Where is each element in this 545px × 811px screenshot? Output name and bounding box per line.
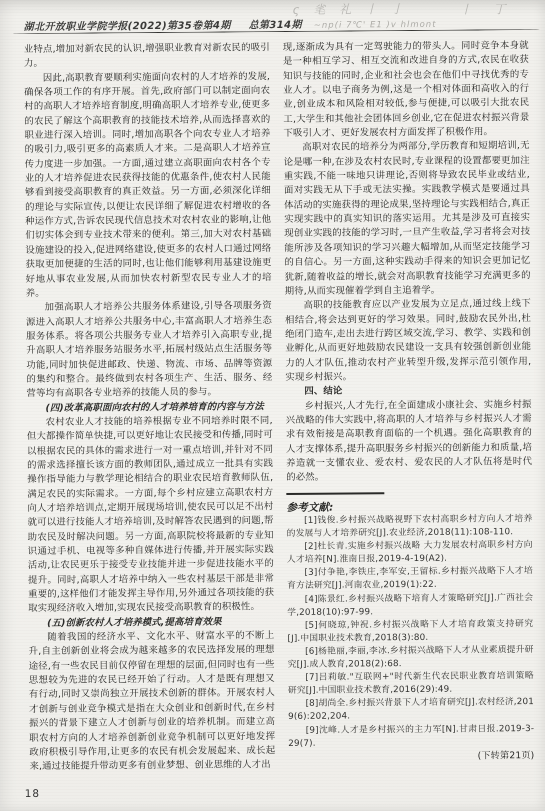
reference-item: [9]沈峰.人才是乡村振兴的主力军[N].甘肃日报.2019-3-29(7). — [288, 723, 534, 751]
reference-item: [4]陈景红.乡村振兴战略下培育人才策略研究[J].广西社会学,2018(10)… — [287, 592, 533, 620]
reference-item: [3]付争艳,李铁庄,李军安,王留标.乡村振兴战略下人才培育方法研究[J].河南… — [287, 565, 533, 593]
reference-item: [2]杜长青.实施乡村振兴战略 大力发展农村高职乡村方向人才培养[N].淮南日报… — [287, 539, 533, 567]
references-divider — [286, 492, 384, 495]
paragraph: 现,逐渐成为具有一定驾驶能力的带头人。同时竞争本身就是一种相互学习、相互交流和改… — [283, 39, 530, 141]
article-body: 业特点,增加对新农民的认识,增强职业教育对新农民的吸引力。 因此,高职教育要顺利… — [24, 39, 536, 774]
reference-item: [1]钱俊.乡村振兴战略视野下农村高职乡村方向人才培养的发展与人才培养研究[J]… — [286, 513, 532, 541]
paragraph: 业特点,增加对新农民的认识,增强职业教育对新农民的吸引力。 — [24, 41, 270, 72]
reference-item: [6]杨艳丽,李丽,李冰.乡村振兴战略下人才从业素质提升研究[J].成人教育,2… — [288, 644, 534, 672]
reference-item: [7]吕莉敏."互联网+"时代新生代农民职业教育培训策略研究[J].中国职业技术… — [288, 670, 534, 698]
right-column: 现,逐渐成为具有一定驾驶能力的带头人。同时竞争本身就是一种相互学习、相互交流和改… — [283, 39, 535, 772]
paragraph: 乡村振兴,人才先行,在全面建成小康社会、实施乡村振兴战略的伟大实践中,将高职的人… — [286, 398, 533, 486]
paragraph: 高职对农民的培养分为两部分,学历教育和短期培训,无论是哪一种,在涉及农村农民时,… — [284, 139, 531, 299]
scan-tilt-wrapper: ς 毟 礼 丨 亅 丨 丁 湖北开放职业学院学报(2022)第35卷第4期 总第… — [0, 0, 545, 811]
page-number: 18 — [25, 788, 40, 800]
scanned-journal-page: ς 毟 礼 丨 亅 丨 丁 湖北开放职业学院学报(2022)第35卷第4期 总第… — [0, 0, 545, 811]
left-column: 业特点,增加对新农民的认识,增强职业教育对新农民的吸引力。 因此,高职教育要顺利… — [24, 41, 276, 774]
issue-number: 总第314期 — [249, 20, 302, 31]
paragraph: 因此,高职教育要顺利实施面向农村的人才培养的发展,确保各项工作的有序开展。首先,… — [24, 70, 272, 301]
reference-item: [5]何晓琼,钟祝.乡村振兴战略下人才培育政策支持研究[J].中国职业技术教育,… — [287, 618, 533, 646]
reference-item: [8]胡尚全.乡村振兴背景下人才培育研究[J].农村经济,2019(6):202… — [288, 696, 534, 724]
continuation-note: (下转第21页) — [288, 749, 534, 765]
paragraph: 随着我国的经济水平、文化水平、财富水平的不断上升,自主创新创业将会成为越来越多的… — [28, 629, 275, 774]
paragraph: 农村农业人才技能的培养根据专业不同培养时限不同,但大都操作简单快捷,可以更好地让… — [27, 414, 275, 617]
paragraph: 高职的技能教育应以产业发展为立足点,通过线上线下相结合,将会达到更好的学习效果。… — [285, 297, 532, 385]
paragraph: 加强高职人才培养公共服务体系建设,引导各项服务资源进入高职人才培养公共服务中心,… — [26, 299, 273, 401]
